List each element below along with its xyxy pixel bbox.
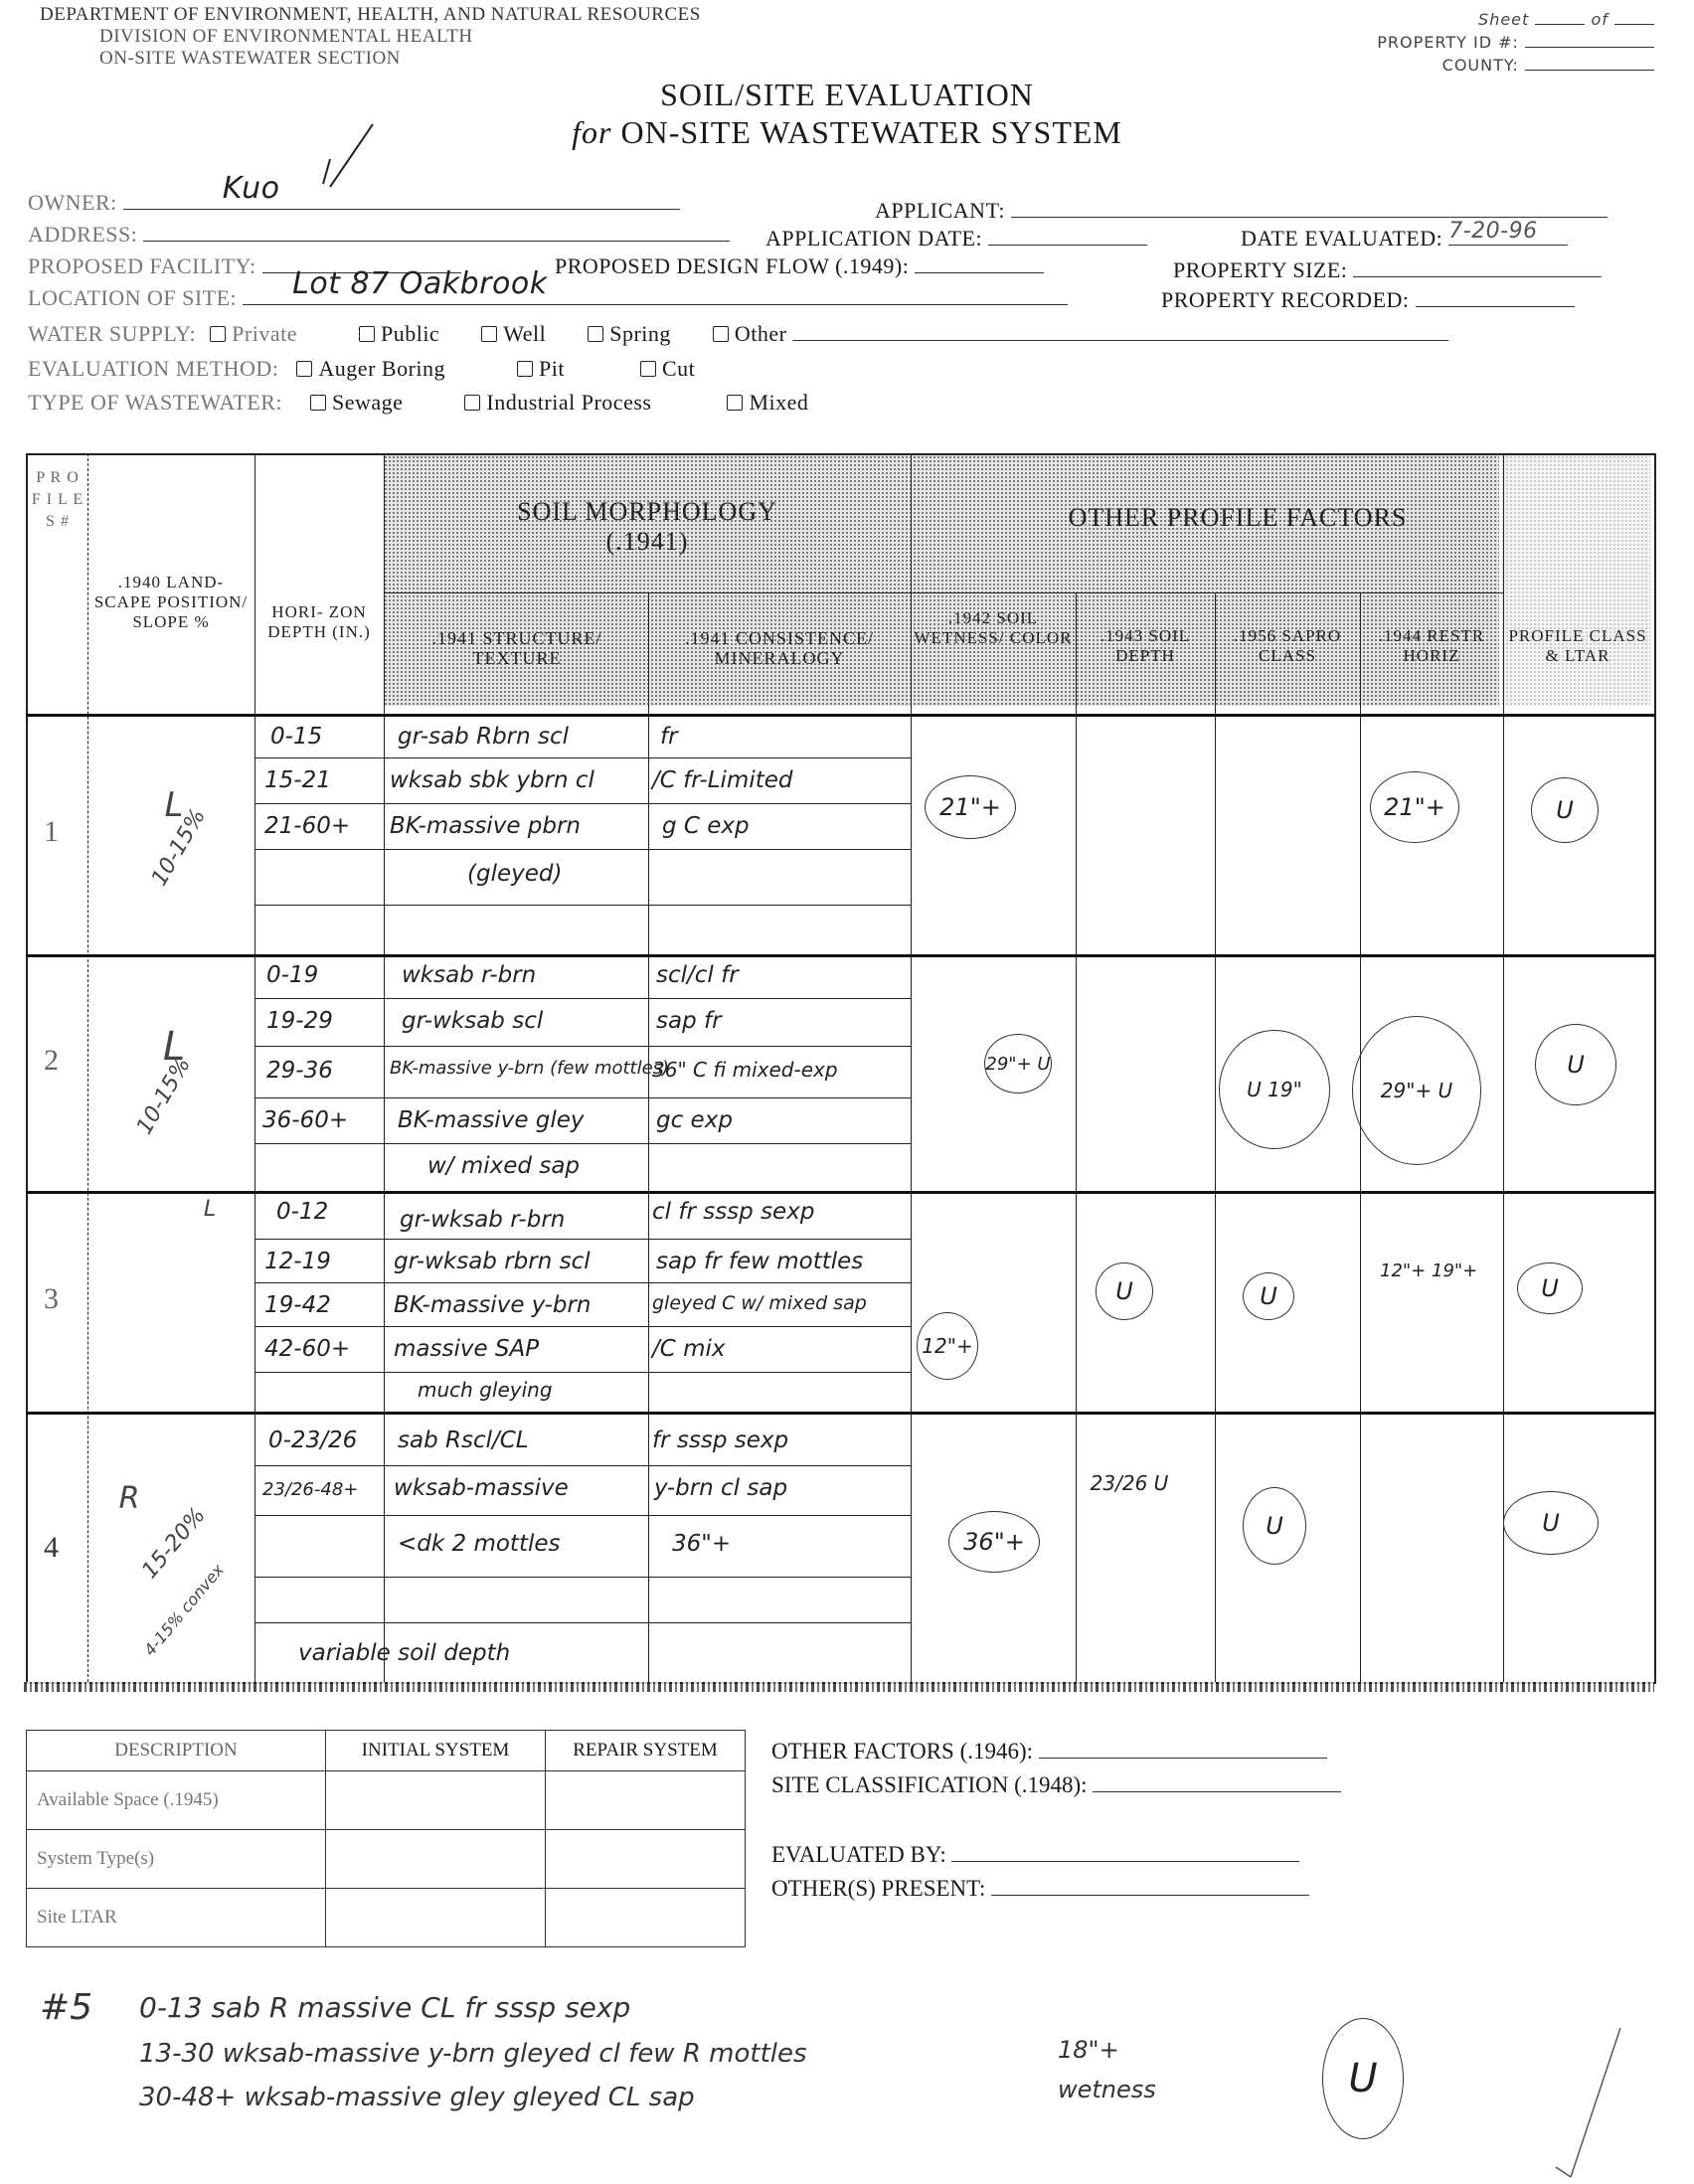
- profile-class-value: U: [1503, 1491, 1599, 1555]
- wetness-header: .1942 SOIL WETNESS/ COLOR: [913, 608, 1074, 648]
- evaluated-by-field[interactable]: [951, 1841, 1299, 1862]
- water-supply-row: WATER SUPPLY: Private Public Well Spring…: [28, 320, 1448, 347]
- sheet-label: Sheet: [1478, 10, 1529, 29]
- structure-texture: gr-sab Rbrn scl: [398, 724, 569, 750]
- structure-texture: (gleyed): [467, 861, 562, 887]
- horizon-depth: 21-60+: [264, 813, 350, 839]
- title-for: for: [572, 114, 611, 150]
- form-title: SOIL/SITE EVALUATION for ON-SITE WASTEWA…: [0, 76, 1694, 151]
- owner-row: OWNER: Kuo: [28, 189, 680, 216]
- structure-header: .1941 STRUCTURE/ TEXTURE: [388, 628, 646, 668]
- location-label: LOCATION OF SITE:: [28, 285, 237, 310]
- applicant-field[interactable]: [1011, 197, 1608, 218]
- soil-wetness-value: 12"+: [917, 1312, 978, 1380]
- row-line: [254, 1326, 911, 1327]
- row-divider: [26, 714, 1654, 717]
- horizon-depth: 0-12: [276, 1199, 328, 1225]
- property-recorded-field[interactable]: [1416, 286, 1575, 307]
- horizon-depth: 12-19: [264, 1249, 331, 1274]
- col-divider: [1215, 592, 1216, 1682]
- date-evaluated-field[interactable]: 7-20-96: [1448, 225, 1568, 246]
- profile-number: 4: [44, 1531, 59, 1565]
- description-cell: Available Space (.1945): [27, 1771, 326, 1830]
- horizon-depth: 42-60+: [264, 1336, 350, 1362]
- consistence-mineralogy: /C fr-Limited: [652, 767, 792, 793]
- header-shading-right: [1501, 455, 1650, 706]
- property-id-field[interactable]: [1525, 31, 1654, 48]
- col-divider: [254, 453, 255, 1682]
- property-size-field[interactable]: [1353, 256, 1602, 277]
- sapro-class-value: U: [1243, 1487, 1306, 1565]
- checkbox-private[interactable]: [210, 326, 226, 342]
- soil-morphology-title: SOIL MORPHOLOGY: [384, 497, 911, 527]
- consistence-mineralogy: gc exp: [656, 1107, 733, 1133]
- design-flow-label: PROPOSED DESIGN FLOW (.1949):: [555, 253, 909, 278]
- soil-morphology-code: (.1941): [384, 527, 911, 557]
- check-mark-icon: [318, 119, 378, 189]
- evaluation-method-row: EVALUATION METHOD: Auger Boring Pit Cut: [28, 356, 695, 382]
- structure-texture: BK-massive pbrn: [390, 813, 581, 839]
- consistence-mineralogy: g C exp: [662, 813, 750, 839]
- structure-texture: BK-massive y-brn: [394, 1292, 592, 1318]
- checkbox-pit[interactable]: [517, 361, 533, 377]
- landscape-position: R: [109, 1481, 149, 1516]
- water-supply-label: WATER SUPPLY:: [28, 321, 196, 346]
- profile-divider: [26, 954, 1654, 957]
- option-cut: Cut: [662, 356, 695, 381]
- profile-class-value: U: [1517, 1262, 1583, 1314]
- site-classification-label: SITE CLASSIFICATION (.1948):: [771, 1772, 1088, 1797]
- option-other: Other: [735, 321, 787, 346]
- initial-system-cell[interactable]: [326, 1771, 546, 1830]
- checkbox-cut[interactable]: [640, 361, 656, 377]
- soil-depth-header: .1943 SOIL DEPTH: [1078, 626, 1213, 666]
- option-well: Well: [503, 321, 546, 346]
- row-line: [254, 1577, 911, 1578]
- note-line-3: 30-48+ wksab-massive gley gleyed CL sap: [139, 2078, 695, 2117]
- checkbox-auger-boring[interactable]: [296, 361, 312, 377]
- option-private: Private: [232, 321, 297, 346]
- profile-class-header: PROFILE CLASS & LTAR: [1505, 626, 1650, 666]
- consistence-mineralogy: gleyed C w/ mixed sap: [652, 1292, 867, 1314]
- profile-number: 1: [44, 815, 59, 849]
- horizon-depth: 23/26-48+: [262, 1479, 358, 1500]
- application-date-row: APPLICATION DATE:: [765, 225, 1147, 252]
- structure-texture: gr-wksab rbrn scl: [394, 1249, 591, 1274]
- water-supply-other-field[interactable]: [792, 320, 1448, 341]
- consistence-mineralogy: sap fr few mottles: [656, 1249, 863, 1274]
- row-line: [254, 1622, 911, 1623]
- profile-5-class: U: [1322, 2018, 1404, 2139]
- row-line: [254, 849, 911, 850]
- row-line: [254, 1282, 911, 1283]
- col-divider: [384, 453, 385, 1682]
- restr-horiz-value: 29"+ U: [1352, 1016, 1481, 1165]
- proposed-facility-label: PROPOSED FACILITY:: [28, 253, 256, 278]
- structure-texture: BK-massive gley: [398, 1107, 585, 1133]
- horizon-depth: 19-42: [264, 1292, 331, 1318]
- profile-class-value: U: [1531, 777, 1599, 843]
- option-sewage: Sewage: [332, 390, 403, 415]
- col-divider: [87, 453, 88, 1682]
- agency-header: DEPARTMENT OF ENVIRONMENT, HEALTH, AND N…: [40, 4, 701, 70]
- others-present-label: OTHER(S) PRESENT:: [771, 1876, 985, 1901]
- row-line: [254, 1046, 911, 1047]
- sapro-class-value: U: [1243, 1272, 1294, 1320]
- profile-number: 3: [44, 1282, 59, 1316]
- header-shading: [384, 455, 1499, 706]
- owner-value: Kuo: [223, 171, 280, 206]
- property-size-label: PROPERTY SIZE:: [1173, 257, 1347, 282]
- profile-5-label: #5: [40, 1988, 92, 2028]
- consistence-mineralogy: /C mix: [652, 1336, 726, 1362]
- structure-texture: sab Rscl/CL: [398, 1428, 529, 1453]
- title-line-2: ON-SITE WASTEWATER SYSTEM: [620, 114, 1121, 150]
- option-pit: Pit: [539, 356, 565, 381]
- note-line-1: 0-13 sab R massive CL fr sssp sexp: [139, 1988, 630, 2028]
- profile-number: 2: [44, 1044, 59, 1078]
- others-present-field[interactable]: [991, 1875, 1309, 1896]
- date-evaluated-row: DATE EVALUATED: 7-20-96: [1241, 225, 1568, 252]
- description-cell: Site LTAR: [27, 1889, 326, 1947]
- evaluation-method-label: EVALUATION METHOD:: [28, 356, 278, 381]
- col-divider: [1360, 592, 1361, 1682]
- row-line: [254, 998, 911, 999]
- sapro-class-header: .1956 SAPRO CLASS: [1217, 626, 1358, 666]
- option-mixed: Mixed: [749, 390, 808, 415]
- owner-label: OWNER:: [28, 190, 117, 215]
- consistence-mineralogy: fr: [660, 724, 678, 750]
- row-line: [254, 1465, 911, 1466]
- row-line: [254, 905, 911, 906]
- system-table: DESCRIPTION INITIAL SYSTEM REPAIR SYSTEM…: [26, 1730, 746, 1947]
- application-date-field[interactable]: [988, 225, 1147, 246]
- restr-horiz-value: 12"+ 19"+: [1380, 1260, 1477, 1281]
- row-line: [254, 1097, 911, 1098]
- structure-texture: gr-wksab r-brn: [400, 1207, 565, 1233]
- property-id-label: PROPERTY ID #:: [1377, 33, 1519, 52]
- check-mark-icon: [1551, 2028, 1630, 2184]
- col-divider: [911, 453, 912, 1682]
- checkbox-sewage[interactable]: [310, 395, 326, 411]
- structure-texture: variable soil depth: [298, 1640, 510, 1666]
- address-row: ADDRESS:: [28, 221, 730, 248]
- property-size-row: PROPERTY SIZE:: [1173, 256, 1602, 283]
- site-classification-field[interactable]: [1093, 1771, 1341, 1792]
- sapro-class-value: U 19": [1219, 1030, 1330, 1149]
- restr-horiz-value: 21"+: [1370, 771, 1459, 843]
- agency-line-3: ON-SITE WASTEWATER SECTION: [40, 48, 701, 70]
- landscape-header: .1940 LAND- SCAPE POSITION/ SLOPE %: [91, 573, 251, 632]
- row-line: [254, 1372, 911, 1373]
- col-divider: [1076, 592, 1077, 1682]
- description-cell: System Type(s): [27, 1830, 326, 1889]
- county-label: COUNTY:: [1442, 56, 1519, 75]
- location-value: Lot 87 Oakbrook: [292, 266, 547, 301]
- soil-morphology-header: SOIL MORPHOLOGY (.1941): [384, 497, 911, 557]
- date-evaluated-value: 7-20-96: [1448, 219, 1537, 244]
- wetness-note: 18"+ wetness: [1058, 2030, 1177, 2109]
- horizon-depth: 36-60+: [262, 1107, 348, 1133]
- checkbox-public[interactable]: [359, 326, 375, 342]
- horizon-depth: 19-29: [266, 1008, 333, 1034]
- consistence-mineralogy: cl fr sssp sexp: [652, 1199, 814, 1225]
- profile-class-value: U: [1535, 1024, 1616, 1105]
- scan-noise-divider: [24, 1682, 1654, 1692]
- option-auger-boring: Auger Boring: [318, 356, 445, 381]
- soil-depth-value: 23/26 U: [1090, 1471, 1169, 1495]
- description-header: DESCRIPTION: [27, 1731, 326, 1771]
- address-label: ADDRESS:: [28, 222, 137, 247]
- repair-system-cell[interactable]: [546, 1889, 746, 1947]
- table-row: System Type(s): [27, 1830, 746, 1889]
- property-recorded-row: PROPERTY RECORDED:: [1161, 286, 1575, 313]
- county-field[interactable]: [1525, 54, 1654, 71]
- evaluated-by-label: EVALUATED BY:: [771, 1842, 946, 1867]
- consistence-mineralogy: 36"+: [672, 1531, 731, 1557]
- property-recorded-label: PROPERTY RECORDED:: [1161, 287, 1410, 312]
- initial-system-cell[interactable]: [326, 1830, 546, 1889]
- row-line: [254, 1515, 911, 1516]
- checkbox-mixed[interactable]: [727, 395, 743, 411]
- checkbox-well[interactable]: [481, 326, 497, 342]
- initial-system-cell[interactable]: [326, 1889, 546, 1947]
- applicant-label: APPLICANT:: [875, 198, 1005, 223]
- other-factors-label: OTHER FACTORS (.1946):: [771, 1739, 1033, 1764]
- note-line-2: 13-30 wksab-massive y-brn gleyed cl few …: [139, 2034, 807, 2074]
- owner-field[interactable]: Kuo: [123, 189, 680, 210]
- structure-texture: wksab-massive: [394, 1475, 569, 1501]
- wastewater-type-row: TYPE OF WASTEWATER: Sewage Industrial Pr…: [28, 390, 808, 416]
- sheet-number-field[interactable]: [1535, 8, 1585, 25]
- landscape-position: L: [109, 785, 239, 825]
- table-row: Available Space (.1945): [27, 1771, 746, 1830]
- design-flow-row: PROPOSED DESIGN FLOW (.1949):: [555, 252, 1044, 279]
- location-row: LOCATION OF SITE: Lot 87 Oakbrook: [28, 284, 1068, 311]
- col-divider: [648, 592, 649, 1682]
- agency-line-1: DEPARTMENT OF ENVIRONMENT, HEALTH, AND N…: [40, 4, 701, 26]
- horizon-depth: 0-23/26: [268, 1428, 357, 1453]
- consistence-mineralogy: fr sssp sexp: [652, 1428, 788, 1453]
- repair-system-cell[interactable]: [546, 1771, 746, 1830]
- consistence-mineralogy: y-brn cl sap: [654, 1475, 787, 1501]
- col-divider: [1503, 453, 1504, 1682]
- checkbox-other[interactable]: [713, 326, 729, 342]
- checkbox-industrial-process[interactable]: [464, 395, 480, 411]
- horizon-depth: 0-19: [266, 962, 318, 988]
- consistence-header: .1941 CONSISTENCE/ MINERALOGY: [650, 628, 909, 668]
- other-factors-field[interactable]: [1039, 1738, 1327, 1759]
- profile-divider: [26, 1191, 1654, 1194]
- consistence-mineralogy: sap fr: [656, 1008, 722, 1034]
- soil-depth-value: U: [1096, 1262, 1153, 1320]
- table-row: Site LTAR: [27, 1889, 746, 1947]
- repair-system-header: REPAIR SYSTEM: [546, 1731, 746, 1771]
- structure-texture: much gleying: [418, 1378, 553, 1402]
- address-field[interactable]: [143, 221, 730, 242]
- structure-texture: BK-massive y-brn (few mottles): [390, 1058, 669, 1079]
- title-line-1: SOIL/SITE EVALUATION: [0, 76, 1694, 113]
- initial-system-header: INITIAL SYSTEM: [326, 1731, 546, 1771]
- row-divider: [384, 592, 1503, 593]
- profile-divider: [26, 1412, 1654, 1415]
- horizon-depth: 29-36: [266, 1058, 333, 1084]
- bottom-fields: OTHER FACTORS (.1946): SITE CLASSIFICATI…: [771, 1735, 1341, 1906]
- application-date-label: APPLICATION DATE:: [765, 226, 982, 251]
- structure-texture: massive SAP: [394, 1336, 539, 1362]
- option-industrial-process: Industrial Process: [486, 390, 651, 415]
- location-field[interactable]: Lot 87 Oakbrook: [243, 284, 1068, 305]
- date-evaluated-label: DATE EVALUATED:: [1241, 226, 1442, 251]
- structure-texture: w/ mixed sap: [427, 1153, 580, 1179]
- soil-wetness-value: 21"+: [925, 775, 1016, 839]
- other-profile-factors-header: OTHER PROFILE FACTORS: [1014, 503, 1461, 533]
- soil-wetness-value: 29"+ U: [984, 1034, 1052, 1093]
- wastewater-type-label: TYPE OF WASTEWATER:: [28, 390, 282, 415]
- repair-system-cell[interactable]: [546, 1830, 746, 1889]
- consistence-mineralogy: 36" C fi mixed-exp: [652, 1058, 838, 1082]
- consistence-mineralogy: scl/cl fr: [656, 962, 739, 988]
- row-line: [254, 803, 911, 804]
- restr-horiz-header: .1944 RESTR HORIZ: [1362, 626, 1501, 666]
- profiles-header: P R O F I L E S #: [30, 467, 85, 533]
- row-line: [254, 757, 911, 758]
- sheet-total-field[interactable]: [1614, 8, 1654, 25]
- horizon-header: HORI- ZON DEPTH (IN.): [256, 602, 382, 642]
- row-line: [254, 1239, 911, 1240]
- horizon-depth: 15-21: [264, 767, 331, 793]
- design-flow-field[interactable]: [915, 252, 1044, 273]
- option-spring: Spring: [609, 321, 671, 346]
- structure-texture: wksab r-brn: [402, 962, 536, 988]
- horizon-depth: 0-15: [270, 724, 322, 750]
- structure-texture: gr-wksab scl: [402, 1008, 543, 1034]
- sheet-of-label: of: [1591, 10, 1608, 29]
- landscape-position: L: [195, 1197, 225, 1222]
- structure-texture: <dk 2 mottles: [398, 1531, 560, 1557]
- agency-line-2: DIVISION OF ENVIRONMENTAL HEALTH: [40, 26, 701, 48]
- sheet-info: Sheet of PROPERTY ID #: COUNTY:: [1377, 8, 1654, 77]
- soil-wetness-value: 36"+: [948, 1511, 1040, 1573]
- option-public: Public: [381, 321, 439, 346]
- structure-texture: wksab sbk ybrn cl: [390, 767, 594, 793]
- row-line: [254, 1143, 911, 1144]
- checkbox-spring[interactable]: [588, 326, 603, 342]
